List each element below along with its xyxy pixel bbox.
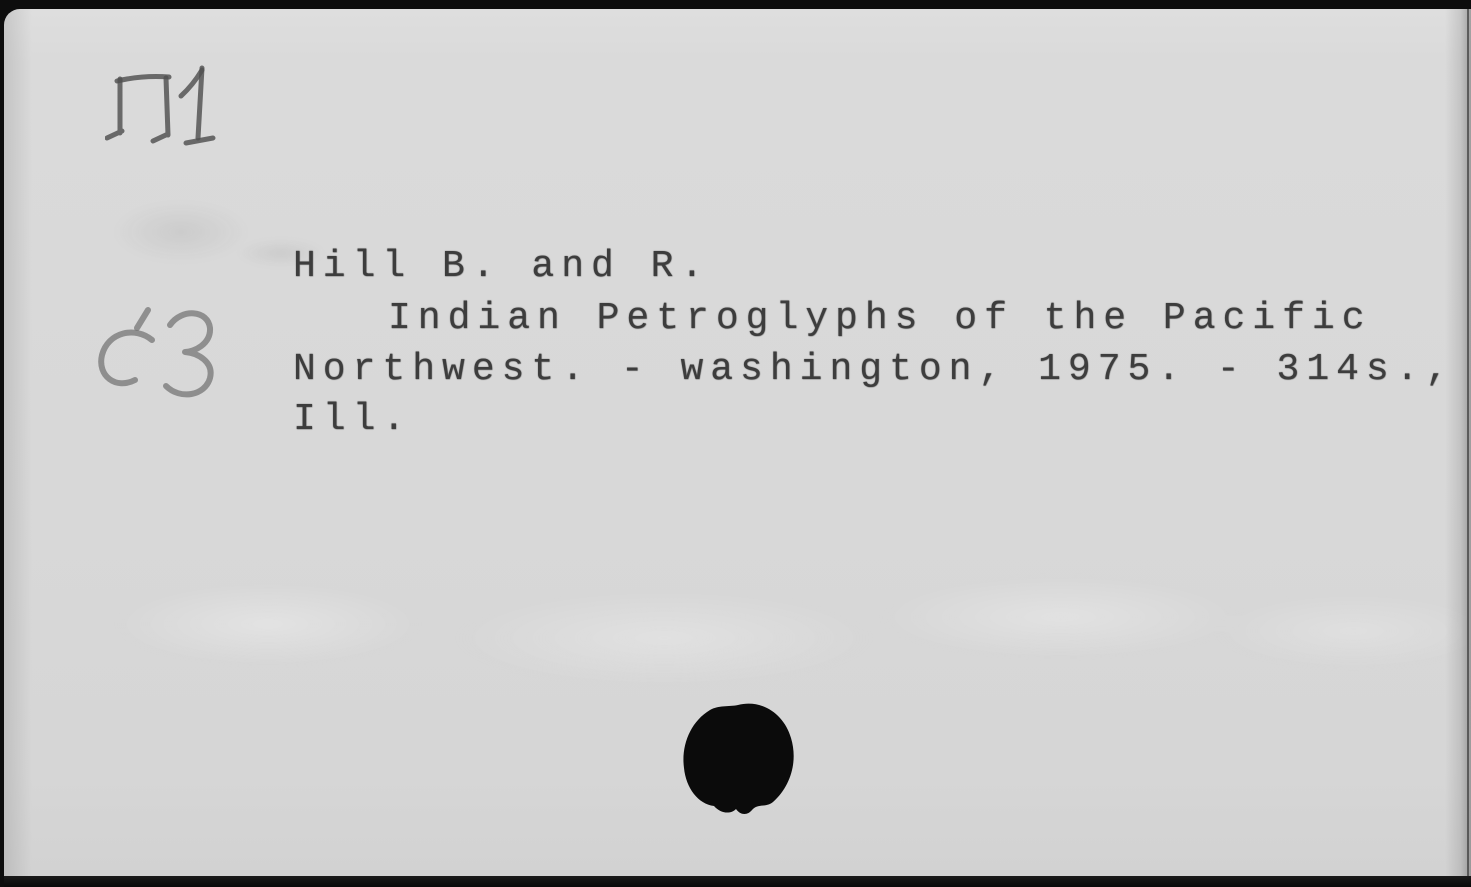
catalog-entry-illustrations: Ill. <box>293 400 412 440</box>
pencil-smudge <box>96 193 266 271</box>
right-edge-shadow <box>1445 9 1471 876</box>
scan-frame-bottom-edge <box>0 876 1471 887</box>
catalog-entry-author: Hill B. and R. <box>293 247 710 287</box>
scan-frame-top-edge <box>0 0 1471 9</box>
catalog-entry-imprint: Northwest. - washington, 1975. - 314s., <box>293 350 1455 390</box>
catalog-entry-title: Indian Petroglyphs of the Pacific <box>388 299 1372 339</box>
right-edge-line <box>1467 9 1469 876</box>
handwritten-shelf-mark-top <box>105 58 235 158</box>
catalog-card-paper: Hill B. and R. Indian Petroglyphs of the… <box>4 9 1471 876</box>
left-edge-shadow <box>4 9 32 876</box>
handwritten-shelf-mark-side <box>90 300 230 410</box>
ink-blot <box>678 700 803 822</box>
scanned-catalog-card: Hill B. and R. Indian Petroglyphs of the… <box>0 0 1471 887</box>
paper-texture-band <box>4 554 1471 694</box>
